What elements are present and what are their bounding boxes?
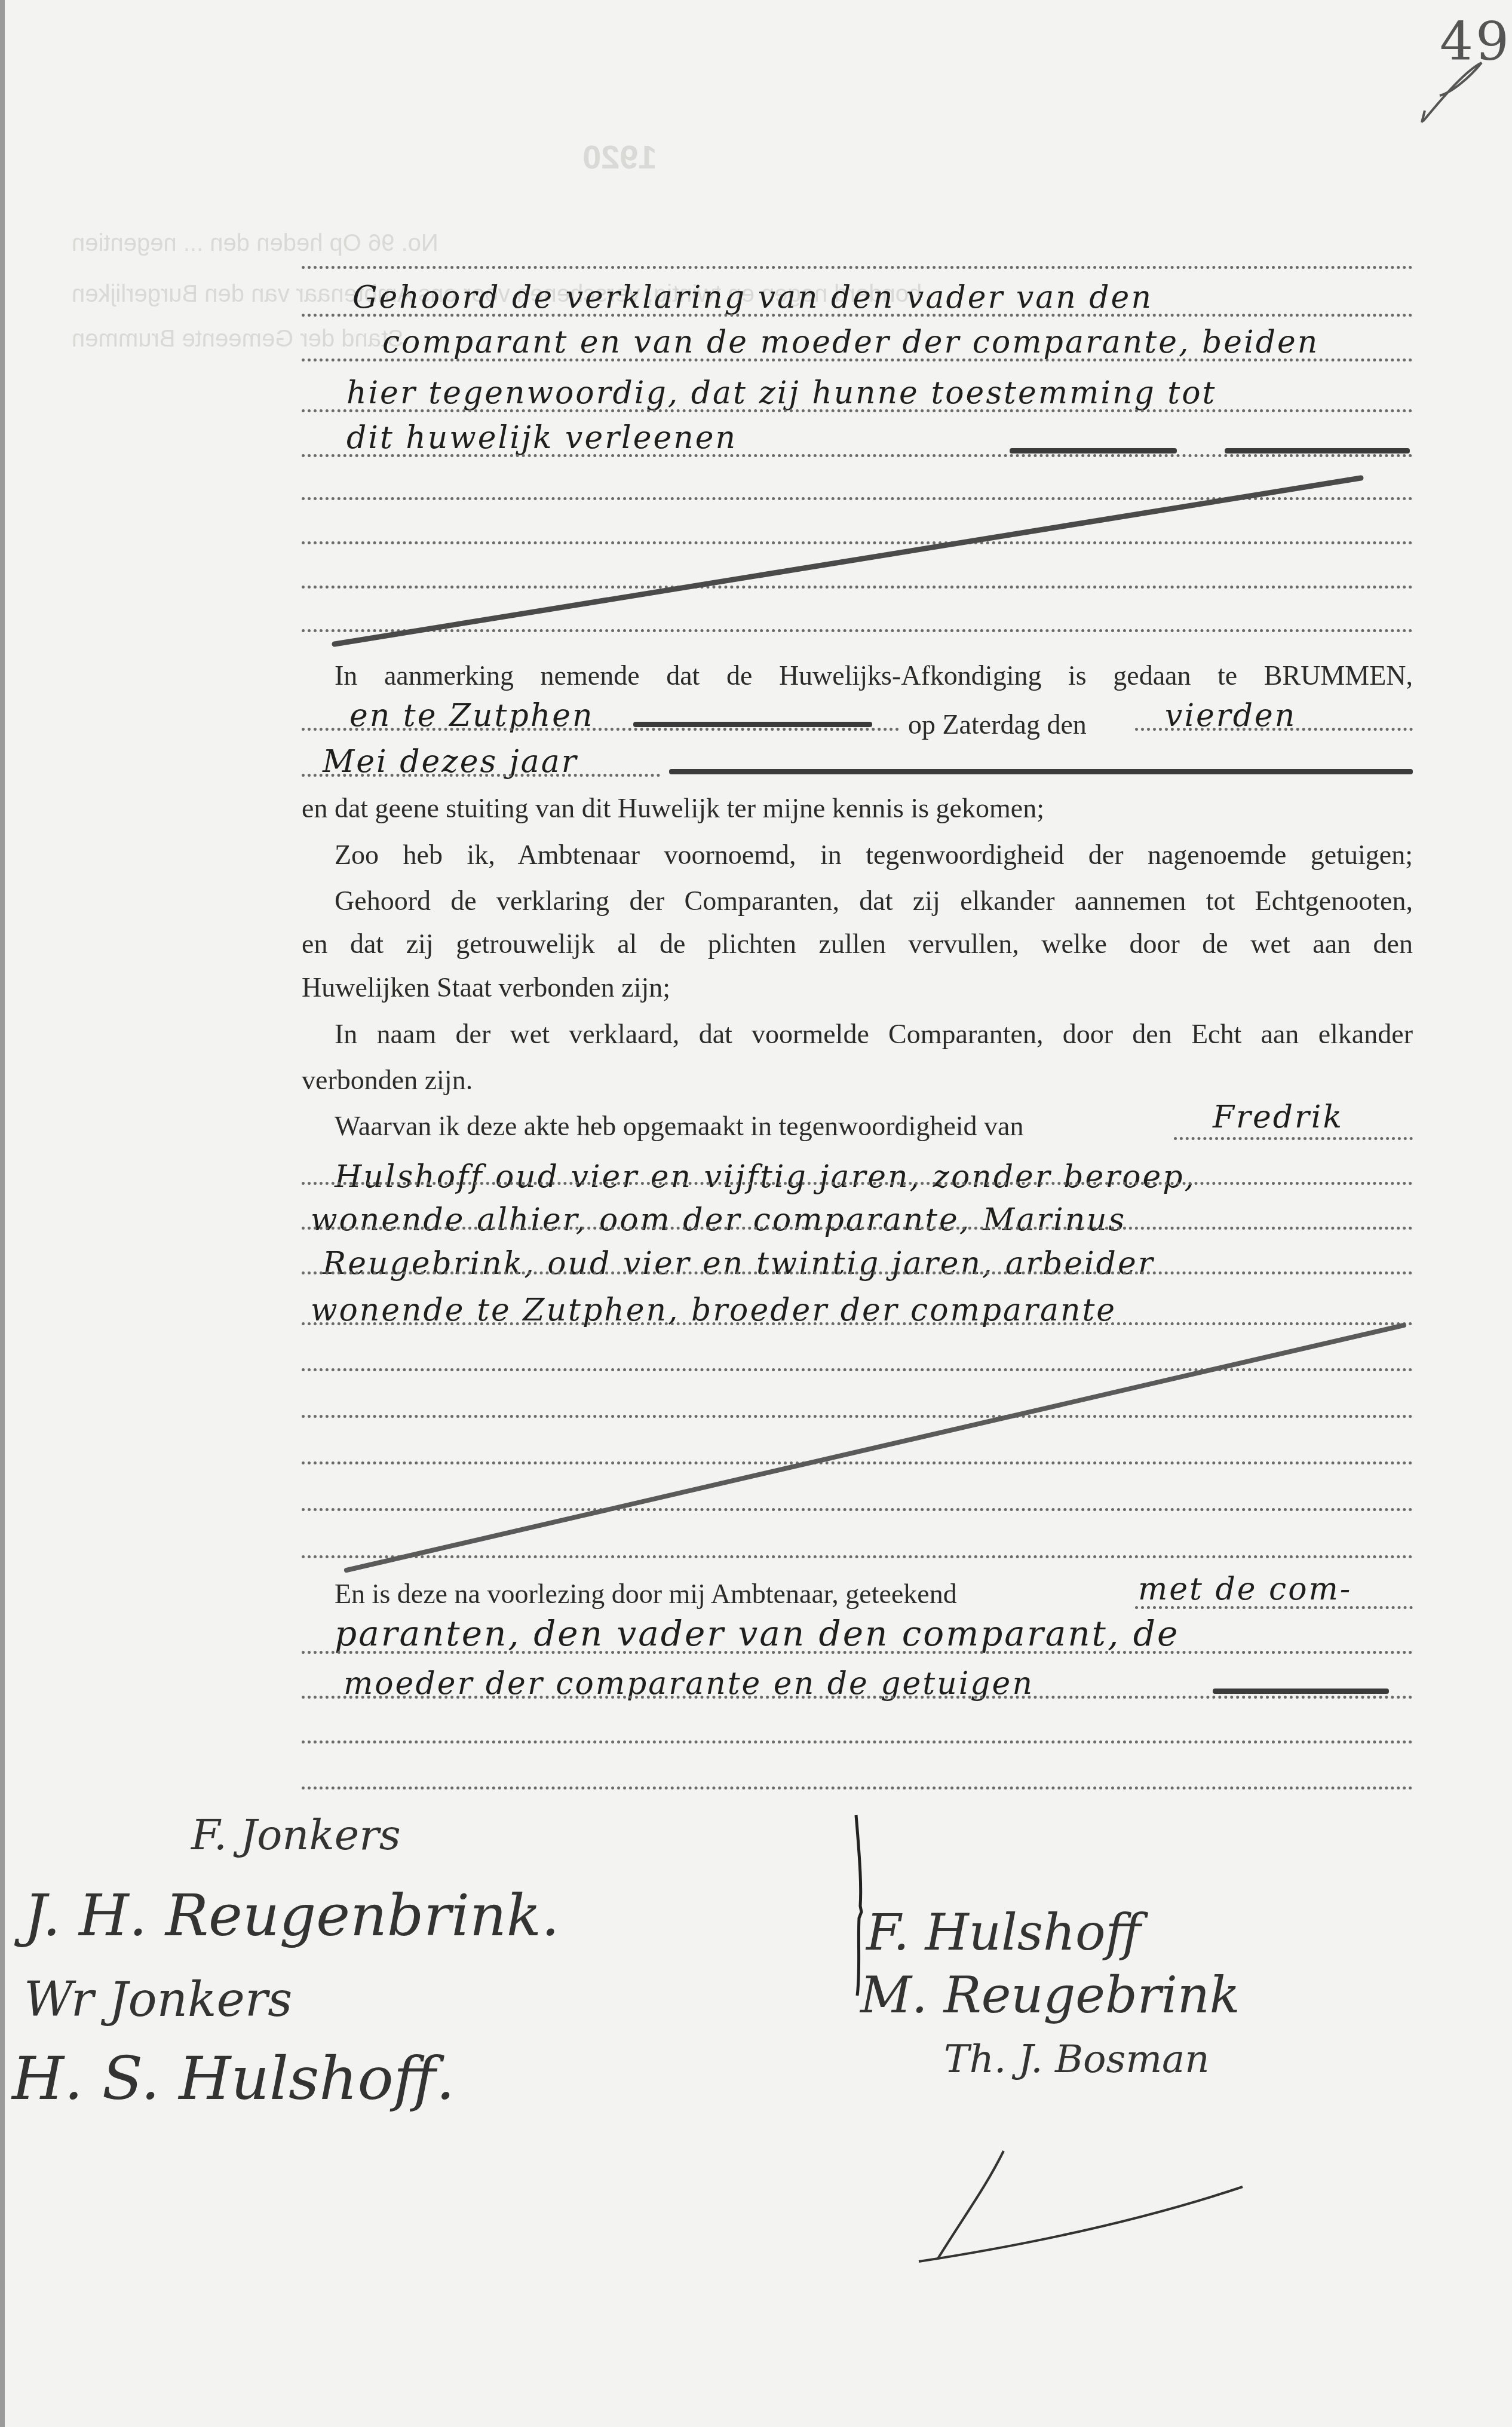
- fill-bar: [669, 769, 1413, 774]
- bleed-through-line: Stand der Gemeente Brummen: [72, 326, 404, 353]
- printed-paragraph: Huwelijken Staat verbonden zijn;: [302, 974, 670, 1001]
- dotted-rule: [302, 1461, 1413, 1464]
- dotted-rule: [302, 1368, 1413, 1371]
- printed-paragraph: Zoo heb ik, Ambtenaar voornoemd, in tege…: [335, 841, 1413, 869]
- handwritten-line: dit huwelijk verleenen: [346, 420, 737, 456]
- handwritten-line: wonende alhier, oom der comparante, Mari…: [311, 1202, 1126, 1238]
- handwritten-line: Gehoord de verklaring van den vader van …: [352, 280, 1153, 315]
- bleed-through-year: 1920: [582, 137, 657, 176]
- fill-bar: [633, 722, 872, 727]
- dotted-rule: [1174, 1137, 1413, 1140]
- signature: F. Jonkers: [191, 1810, 401, 1859]
- printed-paragraph: Gehoord de verklaring der Comparanten, d…: [335, 887, 1413, 915]
- handwritten-line: Reugebrink, oud vier en twintig jaren, a…: [323, 1246, 1155, 1282]
- signature: J. H. Reugenbrink.: [24, 1882, 559, 1949]
- strike-line: [346, 1325, 1404, 1570]
- dotted-rule: [302, 454, 1413, 457]
- dotted-rule: [302, 1508, 1413, 1511]
- printed-text: En is deze na voorlezing door mij Ambten…: [335, 1580, 957, 1608]
- handwritten-line: paranten, den vader van den comparant, d…: [335, 1613, 1179, 1654]
- checkmark-icon: [1416, 60, 1488, 125]
- dotted-rule: [302, 1651, 1413, 1654]
- dotted-rule: [302, 1555, 1413, 1558]
- dotted-rule: [302, 314, 1413, 317]
- dotted-rule: [302, 1786, 1413, 1789]
- bleed-through-line: No. 96 Op heden den ... negentien: [72, 230, 438, 257]
- printed-line: In aanmerking nemende dat de Huwelijks-A…: [335, 662, 1413, 690]
- printed-text: Waarvan ik deze akte heb opgemaakt in te…: [335, 1113, 1024, 1140]
- dotted-rule: [302, 266, 1413, 269]
- dotted-rule: [302, 358, 1413, 361]
- dotted-rule: [302, 1271, 1413, 1274]
- strike-line: [335, 478, 1361, 644]
- fill-bar: [1010, 448, 1177, 453]
- dotted-rule: [302, 541, 1413, 544]
- dotted-rule: [302, 586, 1413, 589]
- signature-flourish: [919, 2187, 1243, 2261]
- dotted-rule: [302, 728, 899, 731]
- fill-bar: [1225, 448, 1410, 453]
- printed-text: op Zaterdag den: [908, 711, 1087, 738]
- dotted-rule: [302, 1415, 1413, 1418]
- signature: F. Hulshoff: [866, 1903, 1141, 1962]
- signature: H. S. Hulshoff.: [12, 2043, 455, 2113]
- handwritten-text: met de com-: [1138, 1571, 1352, 1607]
- printed-paragraph: en dat zij getrouwelijk al de plichten z…: [302, 930, 1413, 958]
- dotted-rule: [302, 1740, 1413, 1743]
- dotted-rule: [302, 497, 1413, 500]
- printed-paragraph: verbonden zijn.: [302, 1067, 473, 1094]
- page-edge: [0, 0, 5, 2427]
- printed-paragraph: en dat geene stuiting van dit Huwelijk t…: [302, 795, 1044, 822]
- handwritten-line: Hulshoff oud vier en vijftig jaren, zond…: [335, 1159, 1196, 1195]
- dotted-rule: [302, 1227, 1413, 1230]
- dotted-rule: [302, 629, 1413, 632]
- signature: Wr Jonkers: [24, 1972, 292, 2027]
- dotted-rule: [302, 1696, 1413, 1699]
- handwritten-date: vierden: [1165, 698, 1296, 734]
- fill-bar: [1213, 1689, 1389, 1694]
- handwritten-line: comparant en van de moeder der comparant…: [382, 324, 1319, 360]
- handwritten-name: Fredrik: [1213, 1099, 1344, 1135]
- dotted-rule: [302, 409, 1413, 412]
- dotted-rule: [302, 1322, 1413, 1325]
- signature-flourish: [938, 2151, 1004, 2259]
- dotted-rule: [302, 1182, 1413, 1185]
- signature: Th. J. Bosman: [944, 2037, 1209, 2082]
- printed-paragraph: In naam der wet verklaard, dat voormelde…: [335, 1021, 1413, 1048]
- handwritten-line: hier tegenwoordig, dat zij hunne toestem…: [346, 375, 1216, 411]
- dotted-rule: [302, 774, 660, 777]
- signature: M. Reugebrink: [860, 1966, 1240, 2024]
